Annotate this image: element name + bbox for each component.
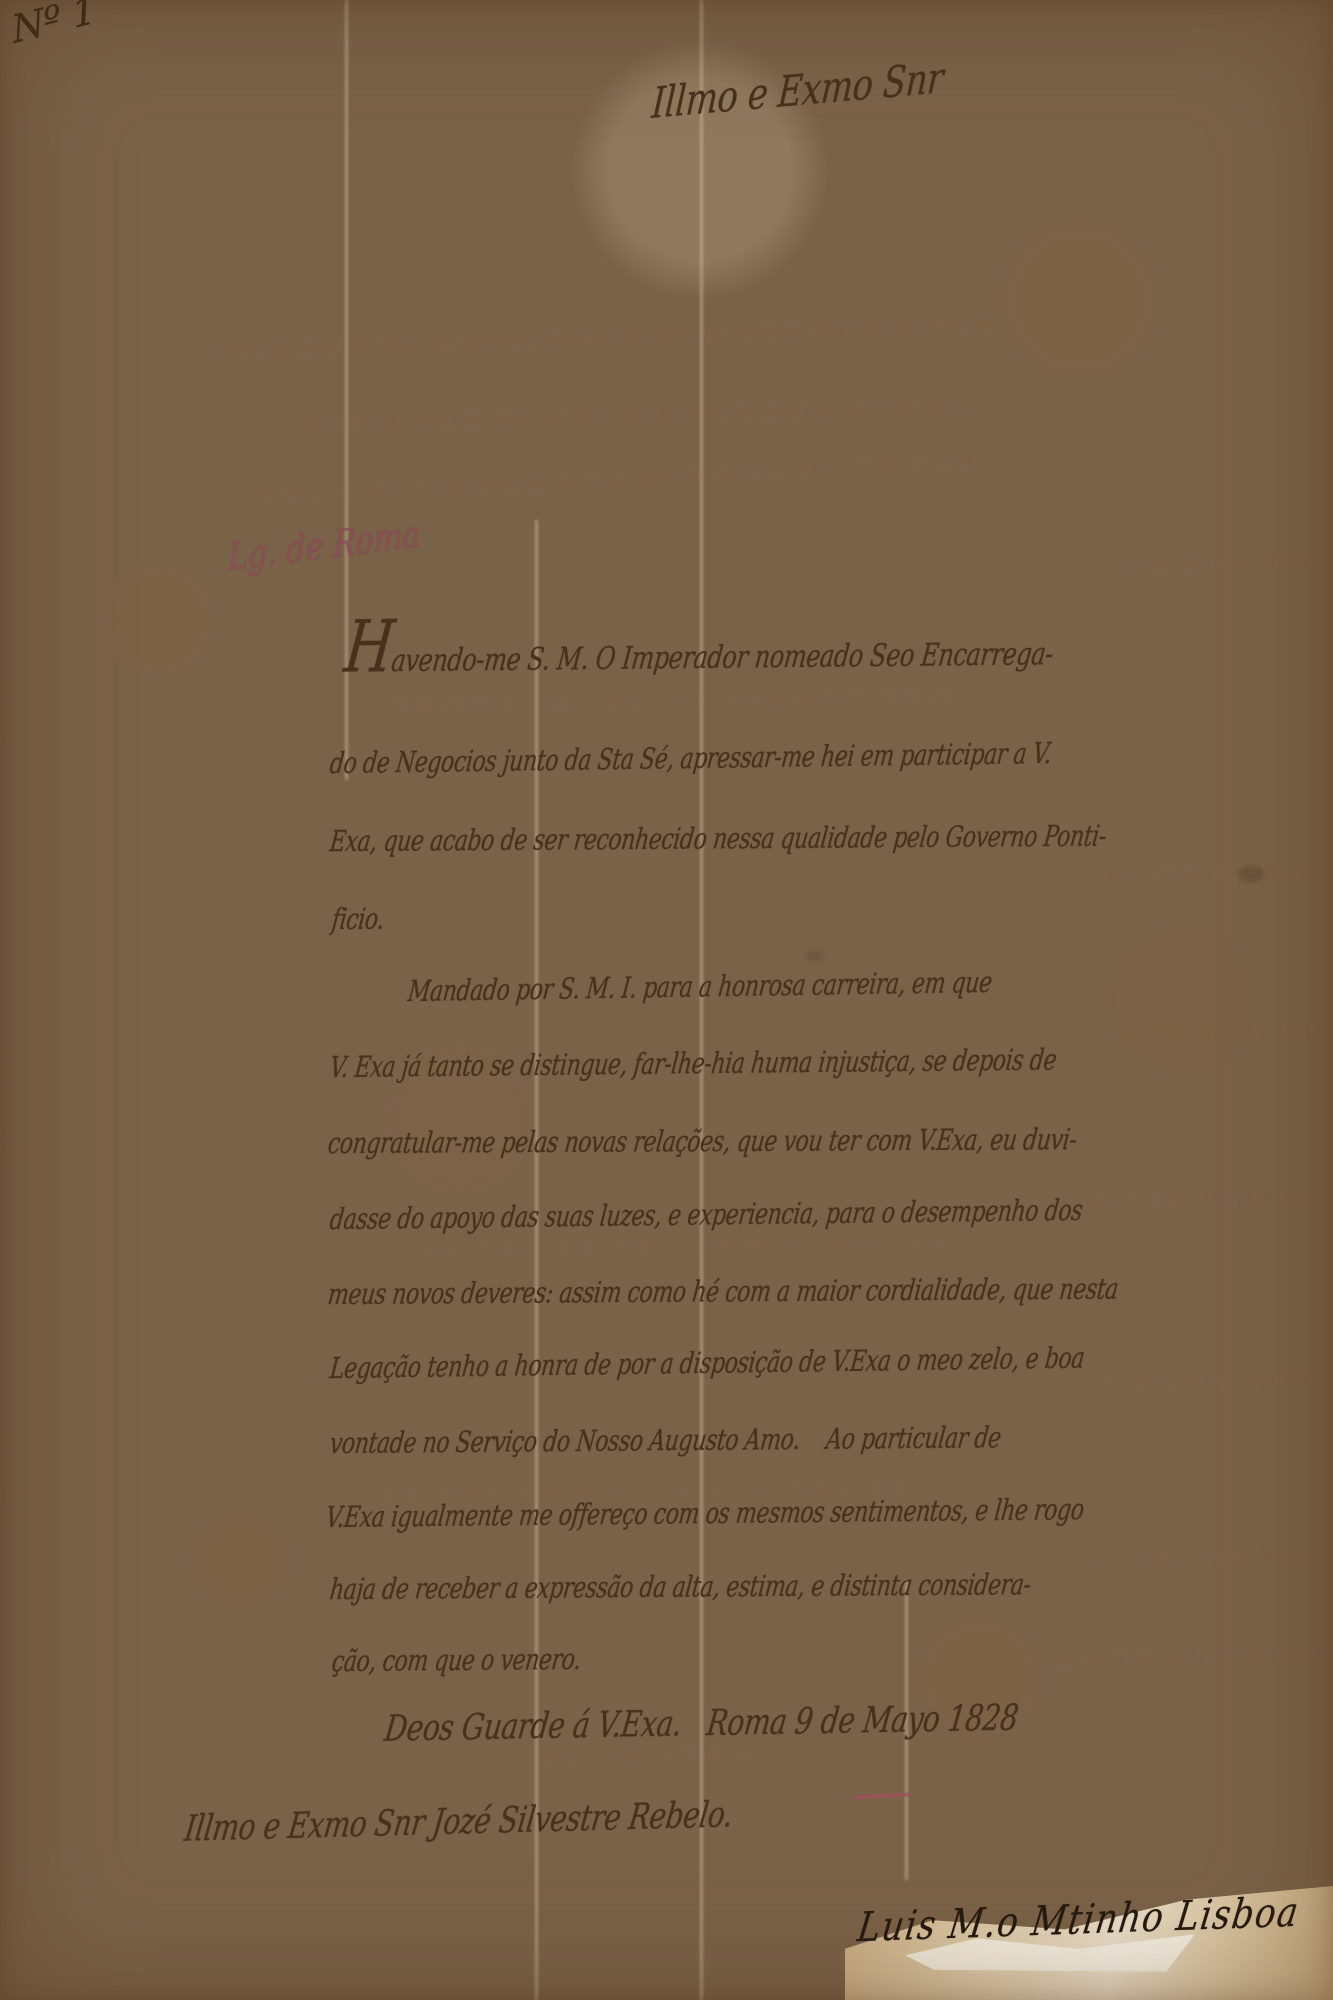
letter-line: congratular-me pelas novas relações, que… — [326, 1124, 1078, 1161]
letter-line: ção, com que o venero. — [330, 1644, 583, 1679]
letter-line: Exa, que acabo de ser reconhecido nessa … — [328, 821, 1108, 859]
bleedthrough-mark — [1055, 1646, 1320, 1668]
letter-line: haja de receber a expressão da alta, est… — [328, 1569, 1032, 1607]
valediction-line: Deos Guarde á V.Exa. Roma 9 de Mayo 1828 — [382, 1696, 1020, 1749]
letter-line: vontade no Serviço do Nosso Augusto Amo.… — [328, 1422, 1003, 1461]
fold-crease — [535, 520, 538, 2000]
signature: Luis M.o Mtinho Lisboa — [855, 1888, 1303, 1952]
bleedthrough-mark — [360, 690, 960, 713]
bleedthrough-mark — [0, 1325, 25, 1522]
letter-line: Mandado por S. M. I. para a honrosa carr… — [406, 967, 993, 1009]
bleedthrough-mark — [540, 1745, 750, 1765]
letter-line: dasse do apoyo das suas luzes, e experie… — [328, 1195, 1084, 1237]
letter-line: meus novos deveres: assim como hé com a … — [326, 1273, 1120, 1312]
bleedthrough-mark — [1100, 866, 1325, 883]
manuscript-page: Nº 1 Illmo e Exmo Snr Lg. de Roma Havend… — [0, 0, 1333, 2000]
bleedthrough-mark — [300, 400, 980, 431]
letter-line: do de Negocios junto da Sta Sé, apressar… — [328, 738, 1053, 781]
salutation: Illmo e Exmo Snr — [650, 53, 945, 129]
bleedthrough-mark — [255, 473, 675, 501]
bleedthrough-mark — [1095, 1551, 1320, 1568]
letter-line: Legação tenho a honra de por a disposiçã… — [328, 1342, 1086, 1386]
letter-line: V. Exa já tanto se distingue, far-lhe-hi… — [328, 1044, 1058, 1085]
bleedthrough-mark — [1115, 1023, 1320, 1043]
bleedthrough-mark — [1125, 553, 1315, 573]
bleedthrough-mark — [420, 1235, 960, 1257]
bleedthrough-mark — [1085, 1191, 1325, 1208]
doc-number: Nº 1 — [9, 0, 98, 52]
bleedthrough-mark — [0, 955, 25, 1174]
bleedthrough-mark — [1105, 1371, 1320, 1391]
date-underline — [853, 1792, 911, 1799]
bleedthrough-mark — [215, 317, 1005, 358]
letter-line: V.Exa igualmente me offereço com os mesm… — [324, 1494, 1085, 1535]
archival-annotation: Lg. de Roma — [228, 513, 421, 580]
ink-smudge — [806, 950, 824, 962]
ink-smudge — [1238, 866, 1264, 882]
bleedthrough-mark — [0, 545, 18, 743]
addressee-line: Illmo e Exmo Snr Jozé Silvestre Rebelo. — [182, 1793, 735, 1850]
letter-line: ficio. — [330, 904, 386, 937]
bleedthrough-mark — [660, 453, 990, 483]
letter-line: Havendo-me S. M. O Imperador nomeado Seo… — [342, 616, 1058, 679]
